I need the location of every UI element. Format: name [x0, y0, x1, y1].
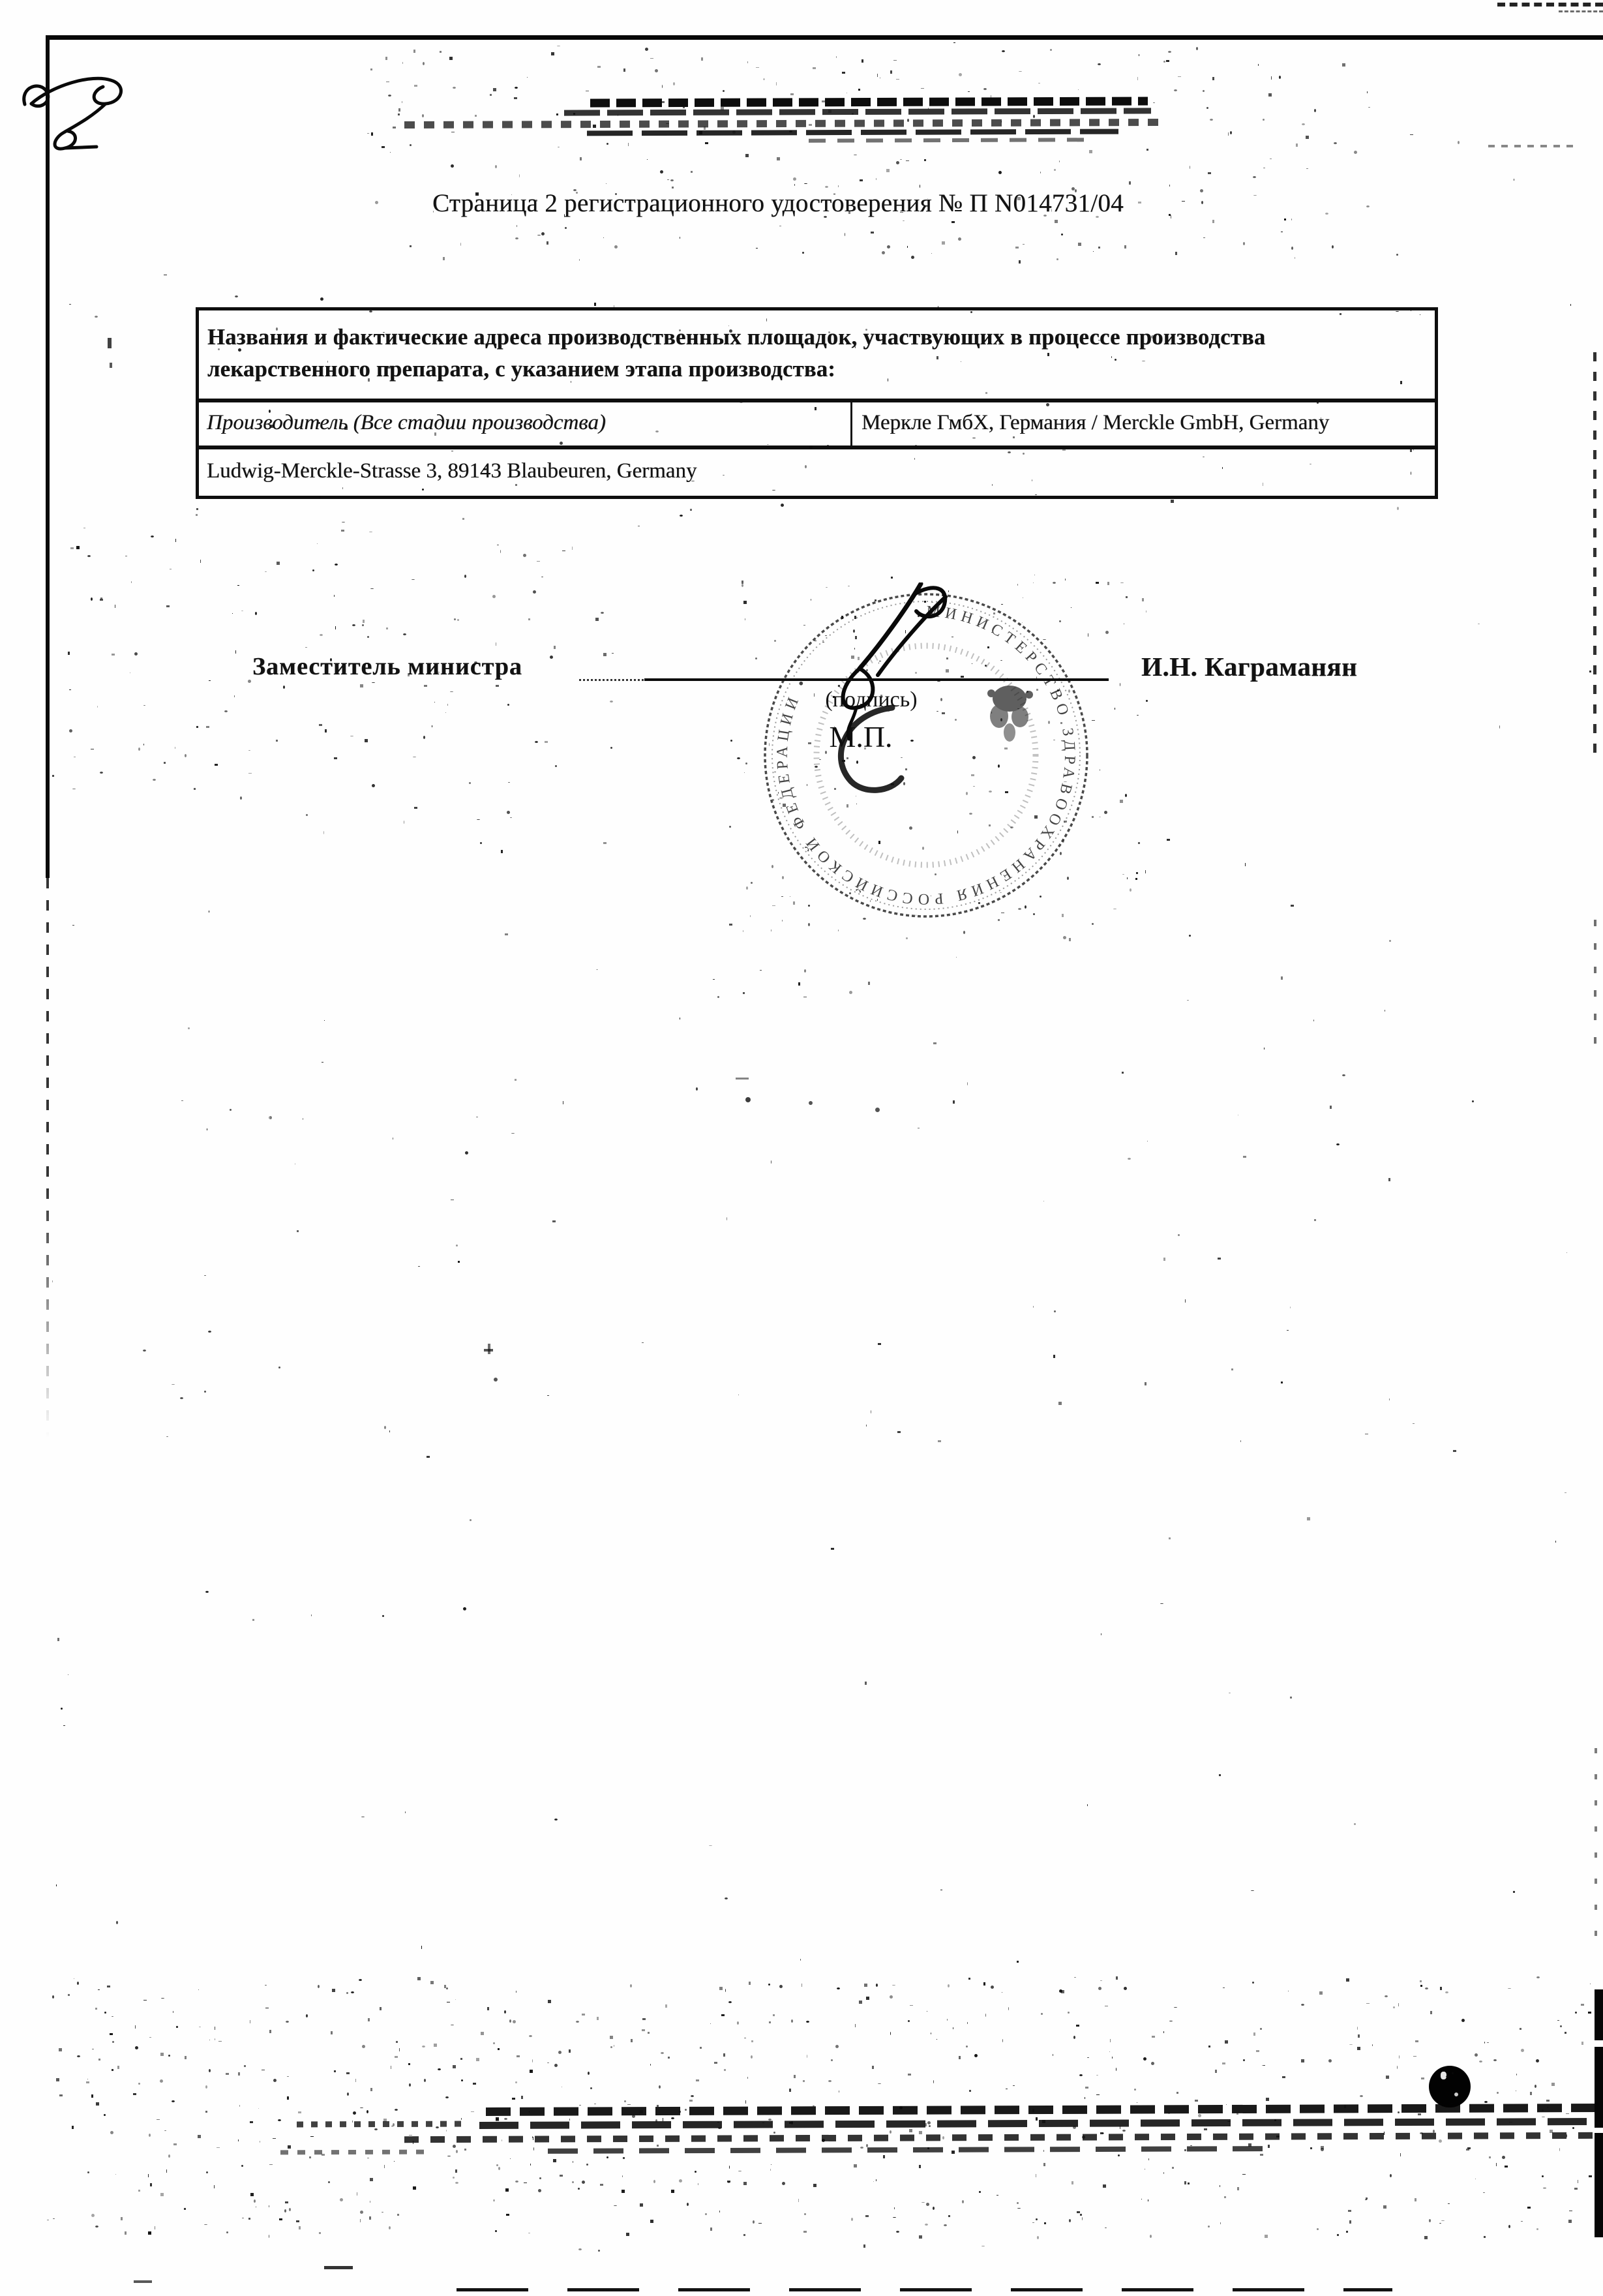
scan-speck — [153, 779, 156, 781]
scan-speck — [1006, 2089, 1008, 2089]
scan-speck — [496, 2119, 499, 2121]
scan-smudge-band-bottom — [479, 2118, 1603, 2129]
scan-speck — [450, 691, 453, 692]
scan-speck — [1328, 2059, 1332, 2062]
scan-speck — [72, 789, 76, 789]
scan-speck — [804, 969, 806, 973]
scan-speck — [772, 799, 774, 801]
scan-speck — [924, 601, 926, 603]
scan-speck — [1124, 245, 1126, 249]
scan-speck — [855, 2024, 856, 2027]
scan-speck — [1535, 2085, 1536, 2088]
scan-speck — [1059, 620, 1061, 622]
scan-speck — [388, 95, 391, 97]
scan-speck — [1190, 166, 1190, 169]
scan-speck — [319, 724, 322, 726]
scan-speck — [1253, 2032, 1255, 2036]
signer-name: И.Н. Каграманян — [1141, 651, 1357, 682]
scan-speck — [325, 729, 327, 733]
scan-smudge-band-bottom — [548, 2146, 1265, 2154]
scan-speck — [1038, 83, 1040, 83]
scan-speck — [745, 763, 747, 764]
scan-speck — [983, 1982, 985, 1986]
scan-speck — [1514, 179, 1514, 181]
scan-speck — [966, 2046, 968, 2047]
scan-speck — [396, 2041, 398, 2043]
scan-speck — [1521, 2049, 1524, 2052]
scan-speck — [175, 539, 176, 542]
scan-speck — [709, 1845, 712, 1846]
scan-speck — [782, 920, 783, 922]
scan-speck — [918, 1128, 920, 1128]
scan-speck — [451, 2025, 454, 2025]
scan-speck — [801, 1984, 802, 1987]
official-round-stamp: МИНИСТЕРСТВО ЗДРАВООХРАНЕНИЯ РОССИЙСКОЙ … — [750, 582, 1115, 948]
scan-speck — [1372, 2044, 1373, 2046]
scan-speck — [610, 701, 613, 702]
scan-speck — [393, 127, 396, 128]
scan-speck — [551, 52, 554, 55]
scan-speck — [149, 2134, 151, 2137]
scan-speck — [878, 841, 880, 844]
scan-border-left — [46, 35, 50, 878]
scan-speck — [959, 73, 962, 76]
scan-speck — [1085, 2087, 1088, 2089]
scan-speck — [660, 170, 663, 174]
scan-speck — [835, 2045, 839, 2048]
scan-speck — [547, 241, 548, 245]
stamp-coat-of-arms — [987, 686, 1033, 742]
scan-speck — [1570, 304, 1571, 306]
scan-speck — [931, 896, 931, 896]
scan-speck — [403, 633, 406, 635]
scan-speck — [160, 2053, 164, 2056]
scan-speck — [530, 2164, 531, 2166]
scan-speck — [1508, 1988, 1511, 1989]
scan-speck — [1566, 2113, 1569, 2114]
scan-speck — [1287, 1330, 1289, 1331]
scan-speck — [1120, 800, 1123, 803]
scan-speck — [63, 1725, 65, 1726]
scan-speck — [891, 577, 893, 579]
scan-speck — [87, 2171, 89, 2173]
scan-speck — [498, 2167, 500, 2170]
scan-speck — [1201, 201, 1203, 204]
scan-speck — [1238, 1115, 1238, 1115]
scan-speck — [1002, 1992, 1002, 1993]
scan-speck — [582, 2014, 585, 2016]
scan-speck — [925, 2224, 928, 2226]
scan-speck — [698, 2183, 698, 2185]
scan-speck — [1397, 2066, 1398, 2069]
scan-speck — [1145, 1382, 1146, 1385]
ink-blot — [1429, 2066, 1471, 2107]
scan-speck — [689, 2100, 693, 2102]
scan-speck — [185, 2056, 187, 2059]
scan-speck — [505, 2188, 509, 2192]
scan-speck — [671, 2190, 674, 2193]
scan-speck — [1098, 1987, 1101, 1990]
scan-speck — [367, 2158, 369, 2158]
scan-speck — [284, 2209, 286, 2213]
scan-speck — [877, 899, 878, 901]
scan-speck — [515, 1079, 517, 1081]
scan-edge-dashes-top-right-2 — [1559, 10, 1603, 12]
scan-smudge-band — [587, 129, 1118, 136]
scan-speck — [1440, 1987, 1442, 1990]
scan-speck — [532, 2059, 533, 2062]
scan-speck — [100, 599, 103, 601]
scan-speck — [1279, 76, 1281, 79]
scan-speck — [495, 2230, 497, 2232]
scan-speck — [1301, 2004, 1304, 2006]
scan-speck — [226, 2073, 229, 2075]
scan-speck — [157, 2119, 160, 2120]
scan-speck — [98, 1989, 100, 1990]
scan-speck — [863, 918, 866, 920]
table-row-manufacturer: Производитель (Все стадии производства) … — [199, 402, 1435, 449]
scan-speck — [1010, 826, 1013, 828]
scan-speck — [1098, 63, 1101, 65]
scan-speck — [743, 2182, 747, 2185]
scan-speck — [940, 1890, 942, 1890]
scan-speck — [1032, 2222, 1034, 2223]
scan-speck — [214, 2185, 215, 2188]
scan-speck — [700, 2047, 702, 2049]
scan-speck — [1499, 725, 1500, 729]
scan-speck — [607, 2156, 608, 2158]
scan-speck — [453, 2065, 456, 2068]
scan-speck — [138, 2190, 140, 2192]
scan-speck — [77, 1982, 79, 1985]
scan-speck — [1137, 77, 1138, 80]
scan-speck — [1521, 2221, 1523, 2222]
scan-speck — [1479, 2061, 1482, 2062]
scan-speck — [1290, 1697, 1292, 1699]
scan-speck — [1367, 91, 1368, 93]
scan-speck — [285, 2201, 288, 2203]
scan-speck — [1053, 582, 1056, 584]
scan-speck — [1281, 232, 1283, 232]
scan-speck — [1059, 160, 1060, 162]
scan-speck — [772, 905, 775, 906]
scan-speck — [224, 710, 228, 712]
scan-speck — [360, 684, 363, 687]
scan-speck — [334, 595, 335, 597]
scan-speck — [1388, 1178, 1390, 1181]
scan-speck — [963, 931, 965, 934]
scan-speck — [691, 510, 691, 511]
scan-speck — [112, 2041, 114, 2043]
scan-speck — [1502, 2156, 1505, 2159]
scan-speck — [1060, 722, 1062, 724]
scan-speck — [991, 712, 992, 714]
scan-speck — [271, 1116, 271, 1119]
scan-speck — [1025, 905, 1026, 909]
scan-speck — [893, 60, 897, 61]
pen-signature — [843, 584, 946, 739]
scan-speck — [1225, 2040, 1228, 2044]
scan-speck — [979, 2191, 981, 2193]
scan-speck — [719, 1987, 723, 1990]
scan-speck — [550, 656, 553, 659]
scan-speck — [1349, 2044, 1353, 2045]
scan-speck — [1200, 189, 1203, 192]
scan-speck — [430, 1981, 434, 1984]
scan-speck — [815, 766, 818, 768]
scan-speck — [1240, 1440, 1241, 1442]
scan-speck — [1033, 1306, 1034, 1308]
scan-speck — [538, 2189, 541, 2192]
scan-speck — [989, 824, 991, 826]
scan-speck — [166, 1436, 168, 1437]
scan-speck — [1383, 2205, 1386, 2209]
scan-speck — [1516, 2074, 1517, 2076]
scan-speck — [96, 2102, 99, 2106]
scan-speck — [670, 179, 674, 181]
scan-speck — [320, 297, 323, 301]
scan-speck — [125, 2231, 127, 2235]
scan-speck — [87, 2079, 88, 2079]
scan-speck — [516, 1991, 517, 1993]
scan-speck — [807, 784, 807, 786]
scan-speck — [856, 796, 856, 796]
scan-speck — [603, 842, 607, 844]
scan-speck — [194, 788, 196, 790]
scan-speck — [1266, 2098, 1269, 2101]
scan-speck — [1560, 2025, 1562, 2027]
scan-speck — [1337, 2234, 1339, 2236]
scan-speck — [691, 171, 693, 173]
scan-speck — [360, 2107, 363, 2108]
scan-speck — [512, 2098, 515, 2100]
scan-speck — [1489, 2156, 1491, 2158]
scan-speck — [849, 892, 851, 894]
scan-speck — [1017, 708, 1019, 709]
scan-speck — [1058, 1402, 1062, 1405]
scan-speck — [1589, 671, 1591, 672]
scan-speck — [515, 87, 518, 89]
scan-speck — [870, 900, 871, 902]
scan-speck — [782, 2182, 785, 2185]
scan-speck — [813, 67, 816, 69]
scan-speck — [1044, 2222, 1046, 2224]
scan-speck — [252, 1619, 254, 1621]
scan-speck — [288, 2145, 291, 2149]
scan-speck — [1050, 676, 1051, 677]
scan-speck — [515, 237, 518, 239]
scan-speck — [455, 2182, 458, 2184]
scan-speck — [1148, 2158, 1149, 2160]
scan-speck — [133, 2093, 136, 2095]
scan-speck — [1126, 596, 1128, 598]
scan-speck — [470, 1519, 472, 1521]
scan-speck — [521, 2096, 523, 2099]
scan-speck — [332, 1989, 335, 1992]
scan-speck — [1163, 2172, 1164, 2174]
scan-speck — [673, 82, 675, 85]
scan-speck — [1063, 936, 1066, 939]
scan-speck — [1208, 172, 1211, 174]
scan-speck — [269, 2205, 269, 2207]
scan-speck — [728, 2181, 730, 2183]
scan-speck — [989, 791, 992, 793]
scan-noise-dash — [1488, 145, 1580, 147]
scan-speck — [983, 88, 987, 90]
scan-speck — [1588, 2012, 1591, 2014]
scan-speck — [1053, 740, 1055, 740]
scan-speck — [1368, 107, 1370, 108]
scan-speck — [953, 42, 955, 43]
scan-speck — [1026, 691, 1028, 693]
scan-speck — [1043, 2163, 1045, 2166]
scan-speck — [622, 2175, 623, 2177]
scan-speck — [547, 2062, 549, 2063]
scan-speck — [1137, 715, 1139, 716]
scan-speck — [1429, 2219, 1431, 2222]
scan-speck — [951, 221, 955, 223]
scan-speck — [896, 161, 899, 164]
scan-speck — [946, 669, 949, 672]
scan-speck — [286, 2021, 289, 2023]
scan-speck — [800, 1959, 801, 1961]
scan-speck — [931, 2032, 931, 2034]
scan-speck — [494, 2199, 494, 2201]
scan-speck — [727, 2181, 730, 2183]
scan-speck — [1171, 500, 1174, 503]
scan-speck — [1073, 2036, 1075, 2039]
scan-speck — [1484, 2101, 1488, 2103]
scan-speck — [1306, 136, 1309, 139]
scan-speck — [382, 146, 385, 148]
scan-speck — [310, 2136, 314, 2137]
scan-speck — [808, 742, 811, 744]
scan-speck — [1420, 1985, 1422, 1987]
scan-speck — [523, 554, 526, 557]
scan-speck — [1087, 1804, 1088, 1806]
page-title: Страница 2 регистрационного удостоверени… — [432, 189, 1124, 218]
scan-speck — [1064, 821, 1067, 823]
scan-speck — [1578, 2180, 1578, 2183]
scan-speck — [842, 760, 845, 762]
scan-speck — [453, 2145, 456, 2148]
scan-speck — [1160, 1603, 1163, 1604]
scan-speck — [449, 57, 453, 60]
scan-speck — [334, 2070, 336, 2072]
scan-speck — [880, 695, 882, 698]
scan-speck — [806, 2021, 809, 2023]
scan-speck — [563, 1101, 563, 1104]
scan-speck — [209, 2040, 210, 2040]
scan-speck — [819, 759, 821, 760]
scan-speck — [886, 169, 890, 172]
scan-speck — [464, 2149, 466, 2151]
scan-speck — [747, 2077, 748, 2079]
scan-speck — [494, 1378, 498, 1382]
scan-speck — [471, 2111, 474, 2112]
scan-speck — [1087, 2057, 1089, 2058]
scan-speck — [597, 969, 597, 970]
scan-speck — [650, 58, 653, 59]
scan-speck — [1122, 1072, 1124, 1074]
scan-speck — [306, 2014, 308, 2017]
scan-speck — [1393, 2006, 1395, 2008]
scan-speck — [395, 2056, 398, 2058]
scan-speck — [919, 2131, 922, 2134]
scan-speck — [1242, 2174, 1246, 2175]
scan-speck — [911, 256, 914, 259]
scan-speck — [1565, 1492, 1566, 1493]
scan-speck — [1415, 2198, 1416, 2201]
scan-speck — [1000, 660, 1002, 661]
scan-speck — [936, 711, 938, 712]
scan-speck — [809, 1101, 813, 1105]
scan-speck — [937, 681, 940, 682]
scan-speck — [974, 2054, 978, 2057]
scan-speck — [135, 2046, 138, 2049]
scan-speck — [143, 744, 144, 746]
scan-speck — [1078, 89, 1079, 90]
scan-speck — [517, 2055, 520, 2057]
scan-speck — [1413, 1423, 1415, 1424]
scan-speck — [1056, 258, 1058, 260]
scan-speck — [1116, 2068, 1116, 2071]
scan-speck — [370, 2201, 370, 2203]
scan-speck — [235, 295, 238, 297]
manufacturer-name-cell: Меркле ГмбХ, Германия / Merckle GmbH, Ge… — [852, 402, 1435, 446]
scan-speck — [130, 672, 130, 673]
scan-speck — [410, 245, 412, 247]
scan-speck — [972, 756, 976, 759]
scan-speck — [143, 2000, 147, 2001]
scan-speck — [966, 792, 968, 795]
scan-speck — [695, 2171, 697, 2173]
scan-speck — [864, 748, 866, 749]
scan-speck — [1366, 2198, 1368, 2199]
scan-speck — [134, 652, 138, 656]
scan-speck — [76, 546, 80, 549]
scan-speck — [614, 2205, 617, 2206]
scan-speck — [507, 704, 509, 706]
scan-speck — [1354, 1823, 1356, 1825]
scan-speck — [729, 924, 732, 926]
scan-speck — [269, 2030, 271, 2033]
scan-speck — [510, 817, 512, 818]
scan-speck — [953, 1100, 955, 1104]
scan-speck — [1127, 877, 1128, 879]
scan-speck — [134, 2280, 152, 2283]
scan-speck — [1099, 817, 1101, 817]
scan-speck — [849, 991, 852, 994]
scan-speck — [1059, 1989, 1062, 1993]
scan-speck — [853, 629, 855, 633]
scan-speck — [324, 2266, 353, 2269]
scan-speck — [1572, 2127, 1574, 2129]
scan-speck — [623, 68, 625, 72]
scan-speck — [1203, 237, 1205, 238]
scan-speck — [367, 133, 369, 134]
scan-speck — [1475, 2179, 1476, 2179]
scan-speck — [457, 619, 459, 621]
scan-speck — [1575, 2012, 1577, 2014]
scan-speck — [335, 564, 338, 566]
scan-speck — [1243, 242, 1245, 245]
scan-speck — [764, 78, 764, 80]
scan-speck — [1068, 689, 1070, 693]
scan-speck — [497, 545, 499, 545]
scan-speck — [402, 62, 403, 64]
scan-speck — [262, 2070, 265, 2070]
